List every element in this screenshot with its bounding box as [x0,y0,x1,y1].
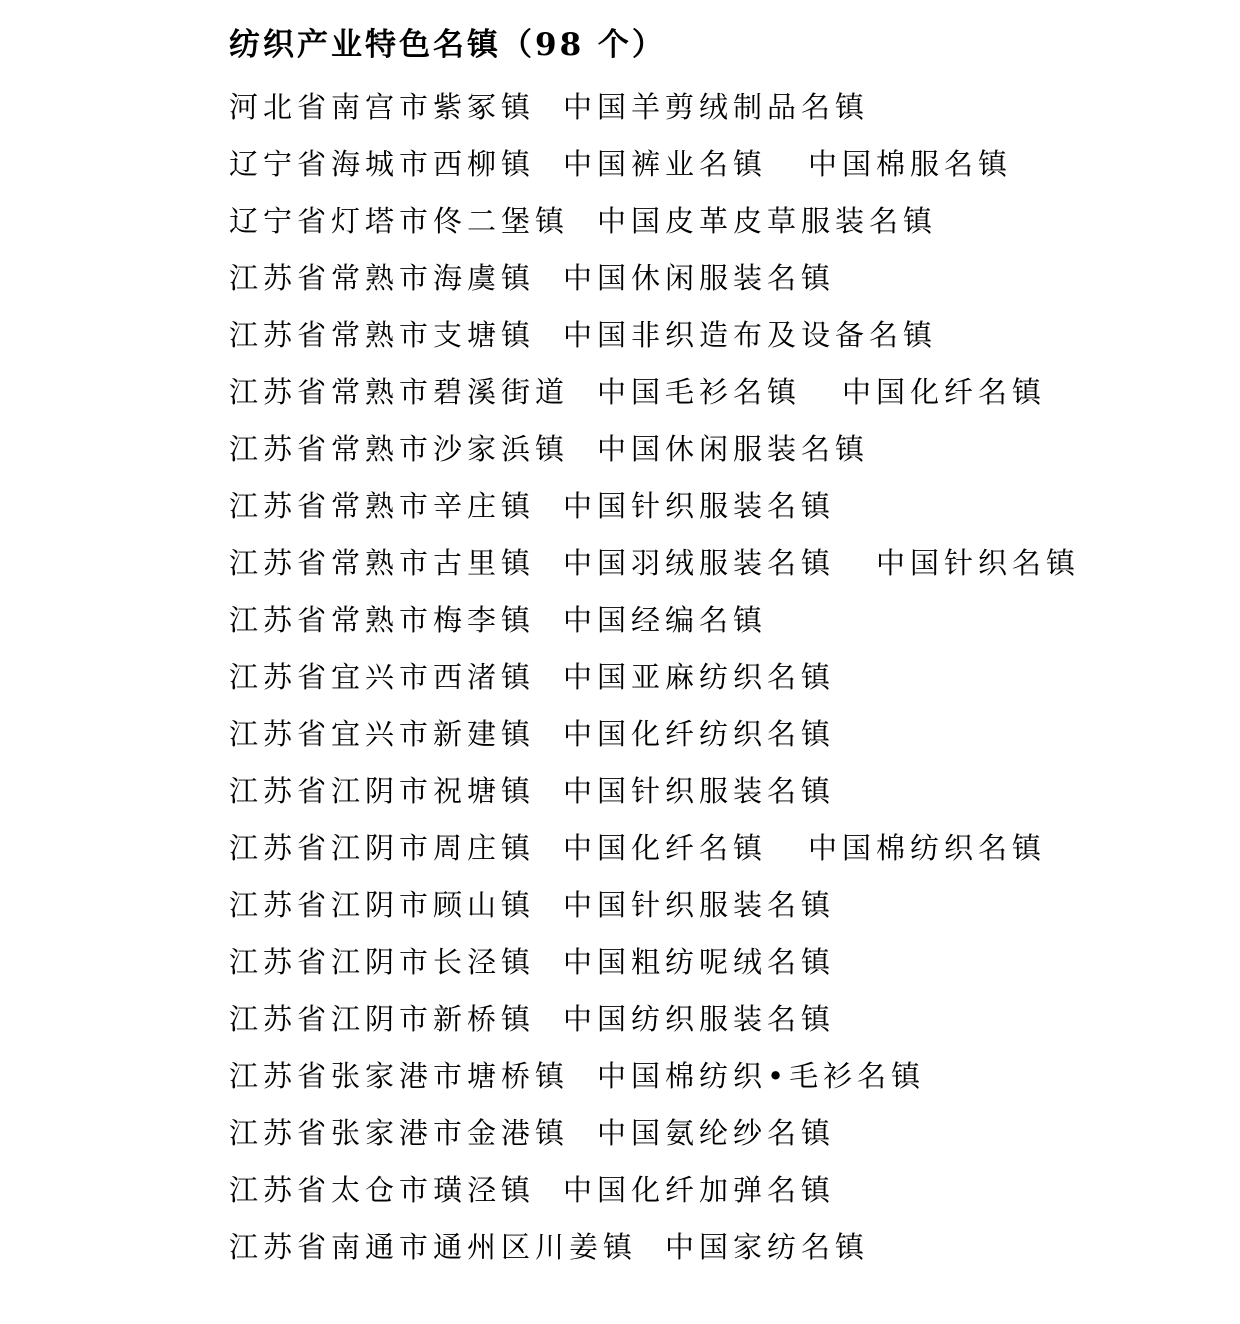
town-name: 江苏省常熟市古里镇 [229,541,535,582]
town-name: 江苏省常熟市支塘镇 [229,313,535,354]
list-item: 河北省南宫市紫冢镇中国羊剪绒制品名镇 [229,77,1210,134]
town-name: 江苏省常熟市沙家浜镇 [229,427,569,468]
town-name: 江苏省南通市通州区川姜镇 [229,1225,637,1266]
designation-title: 中国纺织服装名镇 [563,997,835,1038]
list-item: 江苏省南通市通州区川姜镇中国家纺名镇 [229,1217,1210,1274]
list-item: 江苏省宜兴市西渚镇中国亚麻纺织名镇 [229,647,1210,704]
designation-title: 中国非织造布及设备名镇 [563,313,937,354]
designation-title: 中国粗纺呢绒名镇 [563,940,835,981]
list-item: 江苏省常熟市沙家浜镇中国休闲服装名镇 [229,419,1210,476]
list-item: 江苏省常熟市支塘镇中国非织造布及设备名镇 [229,305,1210,362]
designation-title: 中国针织名镇 [876,541,1080,582]
town-name: 辽宁省灯塔市佟二堡镇 [229,199,569,240]
town-name: 江苏省太仓市璜泾镇 [229,1168,535,1209]
town-name: 江苏省江阴市周庄镇 [229,826,535,867]
designation-title: 中国针织服装名镇 [563,883,835,924]
page-title: 纺织产业特色名镇（98 个） [229,27,1210,63]
designation-title: 中国棉纺织•毛衫名镇 [597,1054,925,1095]
town-name: 江苏省常熟市海虞镇 [229,256,535,297]
list-item: 辽宁省海城市西柳镇中国裤业名镇中国棉服名镇 [229,134,1210,191]
designation-title: 中国亚麻纺织名镇 [563,655,835,696]
list-item: 辽宁省灯塔市佟二堡镇中国皮革皮草服装名镇 [229,191,1210,248]
designation-title: 中国化纤纺织名镇 [563,712,835,753]
designation-title: 中国化纤名镇 [842,370,1046,411]
town-name: 江苏省常熟市梅李镇 [229,598,535,639]
designation-title: 中国经编名镇 [563,598,767,639]
list-item: 江苏省太仓市璜泾镇中国化纤加弹名镇 [229,1160,1210,1217]
list-item: 江苏省张家港市金港镇中国氨纶纱名镇 [229,1103,1210,1160]
town-name: 辽宁省海城市西柳镇 [229,142,535,183]
list-item: 江苏省宜兴市新建镇中国化纤纺织名镇 [229,704,1210,761]
designation-title: 中国棉服名镇 [808,142,1012,183]
document-page: 纺织产业特色名镇（98 个） 河北省南宫市紫冢镇中国羊剪绒制品名镇辽宁省海城市西… [0,0,1240,1274]
designation-title: 中国化纤名镇 [563,826,767,867]
designation-title: 中国皮革皮草服装名镇 [597,199,937,240]
town-name: 江苏省江阴市长泾镇 [229,940,535,981]
list-item: 江苏省江阴市顾山镇中国针织服装名镇 [229,875,1210,932]
town-name: 江苏省宜兴市新建镇 [229,712,535,753]
designation-title: 中国休闲服装名镇 [597,427,869,468]
town-name: 江苏省张家港市金港镇 [229,1111,569,1152]
designation-title: 中国针织服装名镇 [563,484,835,525]
designation-title: 中国化纤加弹名镇 [563,1168,835,1209]
designation-title: 中国氨纶纱名镇 [597,1111,835,1152]
list-item: 江苏省常熟市碧溪街道中国毛衫名镇中国化纤名镇 [229,362,1210,419]
list-item: 江苏省常熟市古里镇中国羽绒服装名镇中国针织名镇 [229,533,1210,590]
designation-title: 中国家纺名镇 [665,1225,869,1266]
list-item: 江苏省常熟市海虞镇中国休闲服装名镇 [229,248,1210,305]
town-name: 江苏省常熟市碧溪街道 [229,370,569,411]
town-list: 河北省南宫市紫冢镇中国羊剪绒制品名镇辽宁省海城市西柳镇中国裤业名镇中国棉服名镇辽… [229,77,1210,1274]
designation-title: 中国裤业名镇 [563,142,767,183]
list-item: 江苏省张家港市塘桥镇中国棉纺织•毛衫名镇 [229,1046,1210,1103]
town-name: 江苏省江阴市祝塘镇 [229,769,535,810]
designation-title: 中国羽绒服装名镇 [563,541,835,582]
town-name: 江苏省宜兴市西渚镇 [229,655,535,696]
town-name: 江苏省江阴市顾山镇 [229,883,535,924]
list-item: 江苏省江阴市长泾镇中国粗纺呢绒名镇 [229,932,1210,989]
town-name: 江苏省江阴市新桥镇 [229,997,535,1038]
town-name: 江苏省张家港市塘桥镇 [229,1054,569,1095]
designation-title: 中国休闲服装名镇 [563,256,835,297]
designation-title: 中国羊剪绒制品名镇 [563,85,869,126]
list-item: 江苏省常熟市辛庄镇中国针织服装名镇 [229,476,1210,533]
list-item: 江苏省江阴市祝塘镇中国针织服装名镇 [229,761,1210,818]
town-name: 江苏省常熟市辛庄镇 [229,484,535,525]
town-name: 河北省南宫市紫冢镇 [229,85,535,126]
designation-title: 中国毛衫名镇 [597,370,801,411]
list-item: 江苏省常熟市梅李镇中国经编名镇 [229,590,1210,647]
designation-title: 中国针织服装名镇 [563,769,835,810]
list-item: 江苏省江阴市周庄镇中国化纤名镇中国棉纺织名镇 [229,818,1210,875]
list-item: 江苏省江阴市新桥镇中国纺织服装名镇 [229,989,1210,1046]
designation-title: 中国棉纺织名镇 [808,826,1046,867]
